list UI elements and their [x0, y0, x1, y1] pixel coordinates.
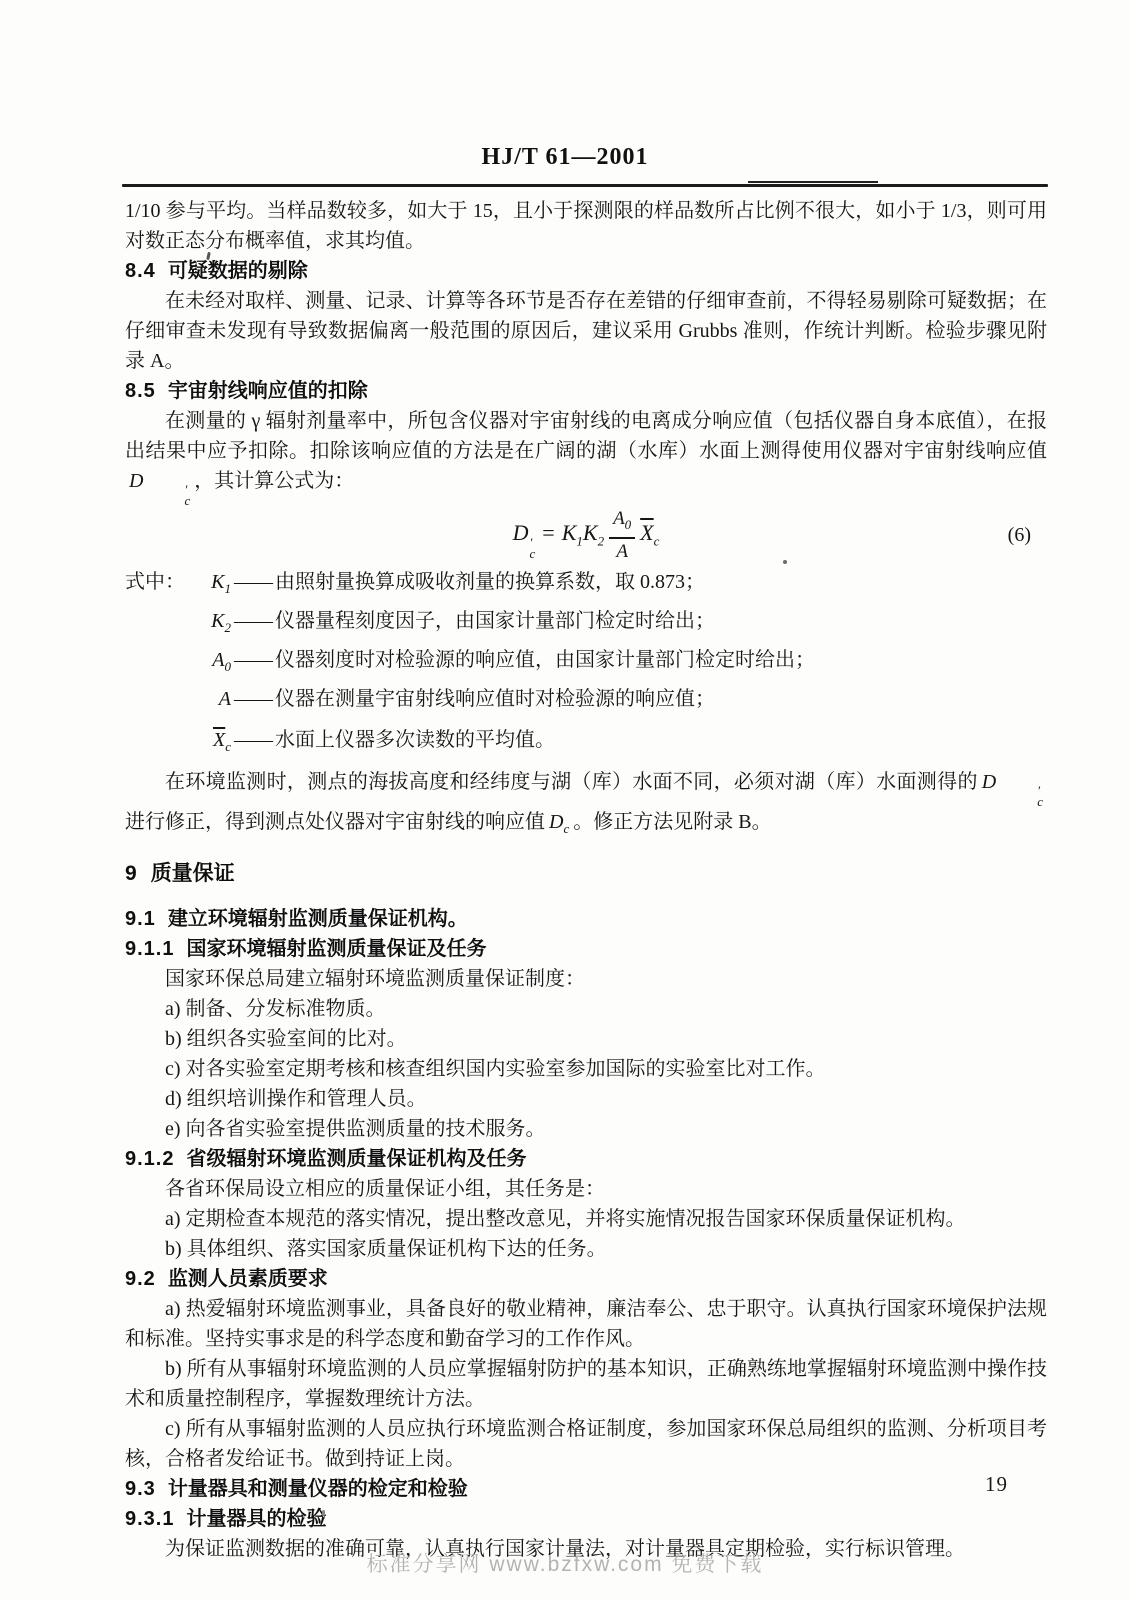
definition-desc: 仪器量程刻度因子，由国家计量部门检定时给出；: [275, 605, 1047, 644]
list-item: a) 制备、分发标准物质。: [125, 994, 1047, 1024]
heading-9-2: 9.2监测人员素质要求: [125, 1264, 1047, 1294]
list-item: b) 组织各实验室间的比对。: [125, 1024, 1047, 1054]
definition-dash: ——: [231, 683, 275, 722]
heading-title: 省级辐射环境监测质量保证机构及任务: [186, 1148, 526, 1170]
fraction-numerator: A0: [609, 507, 635, 539]
heading-number: 8.5: [125, 380, 156, 402]
heading-number: 9.3: [125, 1478, 156, 1500]
definition-row: Xc —— 水面上仪器多次读数的平均值。: [125, 722, 1047, 765]
definition-term: Xc: [191, 722, 231, 765]
formula-lhs: D′c: [513, 520, 536, 545]
paragraph-text: 在测量的 γ 辐射剂量率中，所包含仪器对宇宙射线的电离成分响应值（包括仪器自身本…: [125, 410, 1047, 462]
header-rule: [122, 184, 1048, 187]
definition-dash: ——: [231, 605, 275, 644]
scan-speck: [783, 560, 787, 564]
document-page: HJ/T 61—2001 1/10 参与平均。当样品数较多，如大于 15，且小于…: [0, 0, 1130, 1600]
heading-number: 9: [125, 862, 137, 885]
heading-number: 9.2: [125, 1268, 156, 1290]
equation-number: (6): [1008, 520, 1031, 550]
definition-dash: ——: [231, 566, 275, 605]
heading-title: 计量器具的检验: [186, 1508, 326, 1530]
paragraph-8-5: 在测量的 γ 辐射剂量率中，所包含仪器对宇宙射线的电离成分响应值（包括仪器自身本…: [125, 406, 1047, 506]
formula-k2: K2: [583, 520, 604, 545]
formula-fraction: A0A: [609, 507, 635, 563]
paragraph-9-1-1-lead: 国家环保总局建立辐射环境监测质量保证制度：: [125, 964, 1047, 994]
paragraph-text: 进行修正，得到测点处仪器对宇宙射线的响应值: [125, 811, 545, 833]
heading-title: 国家环境辐射监测质量保证及任务: [186, 938, 486, 960]
heading-9-1: 9.1建立环境辐射监测质量保证机构。: [125, 904, 1047, 934]
definition-desc: 水面上仪器多次读数的平均值。: [275, 722, 1047, 765]
header-rule-fragment: [748, 181, 878, 183]
definition-row: A0 —— 仪器刻度时对检验源的响应值，由国家计量部门检定时给出；: [125, 644, 1047, 683]
list-item: a) 定期检查本规范的落实情况，提出整改意见，并将实施情况报告国家环保质量保证机…: [125, 1204, 1047, 1234]
heading-number: 9.1.1: [125, 938, 174, 960]
definition-desc: 仪器在测量宇宙射线响应值时对检验源的响应值；: [275, 683, 1047, 722]
where-label: 式中：: [125, 566, 191, 605]
paragraph-8-4: 在未经对取样、测量、记录、计算等各环节是否存在差错的仔细审查前，不得轻易剔除可疑…: [125, 286, 1047, 376]
heading-title: 建立环境辐射监测质量保证机构。: [168, 908, 468, 930]
heading-9: 9质量保证: [125, 858, 1047, 890]
paragraph-correction: 在环境监测时，测点的海拔高度和经纬度与湖（库）水面不同，必须对湖（库）水面测得的…: [125, 767, 1047, 844]
heading-8-5: 8.5宇宙射线响应值的扣除: [125, 376, 1047, 406]
definition-row: 式中： K1 —— 由照射量换算成吸收剂量的换算系数，取 0.873；: [125, 566, 1047, 605]
heading-title: 计量器具和测量仪器的检定和检验: [168, 1478, 468, 1500]
fraction-denominator: A: [616, 539, 628, 563]
heading-8-4: 8.4可疑数据的剔除: [125, 256, 1047, 286]
heading-number: 9.1.2: [125, 1148, 174, 1170]
definition-term: A: [191, 683, 231, 722]
variable-dc-prime: D′c: [129, 470, 190, 492]
equals-sign: =: [542, 520, 554, 545]
paragraph-text: ，其计算公式为：: [194, 470, 354, 492]
formula-xbar: Xc: [640, 520, 659, 545]
scan-speck: [322, 1510, 325, 1516]
heading-9-3: 9.3计量器具和测量仪器的检定和检验: [125, 1474, 1047, 1504]
list-item: a) 热爱辐射环境监测事业，具备良好的敬业精神，廉洁奉公、忠于职守。认真执行国家…: [125, 1294, 1047, 1354]
list-item: e) 向各省实验室提供监测质量的技术服务。: [125, 1114, 1047, 1144]
formula-row: D′c=K1K2A0AXc (6): [125, 508, 1047, 562]
header-doc-number: HJ/T 61—2001: [0, 144, 1130, 171]
definition-term: K2: [191, 605, 231, 644]
definition-row: A —— 仪器在测量宇宙射线响应值时对检验源的响应值；: [125, 683, 1047, 722]
list-item: b) 具体组织、落实国家质量保证机构下达的任务。: [125, 1234, 1047, 1264]
definition-term: A0: [191, 644, 231, 683]
list-item: d) 组织培训操作和管理人员。: [125, 1084, 1047, 1114]
paragraph-text: 。修正方法见附录 B。: [573, 811, 771, 833]
variable-dc-prime: D′c: [982, 771, 1043, 793]
paragraph-text: 在环境监测时，测点的海拔高度和经纬度与湖（库）水面不同，必须对湖（库）水面测得的: [165, 771, 978, 793]
definition-row: K2 —— 仪器量程刻度因子，由国家计量部门检定时给出；: [125, 605, 1047, 644]
definition-dash: ——: [231, 722, 275, 765]
heading-title: 宇宙射线响应值的扣除: [168, 380, 368, 402]
formula-6: D′c=K1K2A0AXc: [513, 507, 660, 563]
formula-k1: K1: [562, 520, 583, 545]
heading-9-1-2: 9.1.2省级辐射环境监测质量保证机构及任务: [125, 1144, 1047, 1174]
definition-desc: 仪器刻度时对检验源的响应值，由国家计量部门检定时给出；: [275, 644, 1047, 683]
heading-number: 9.1: [125, 908, 156, 930]
paragraph-continued: 1/10 参与平均。当样品数较多，如大于 15，且小于探测限的样品数所占比例不很…: [125, 196, 1047, 256]
heading-9-1-1: 9.1.1国家环境辐射监测质量保证及任务: [125, 934, 1047, 964]
definitions: 式中： K1 —— 由照射量换算成吸收剂量的换算系数，取 0.873； K2 —…: [125, 566, 1047, 765]
list-item: c) 所有从事辐射监测的人员应执行环境监测合格证制度，参加国家环保总局组织的监测…: [125, 1414, 1047, 1474]
scan-speck: [575, 1546, 579, 1550]
watermark: 标准分享网 www.bzfxw.com 免费下载: [0, 1548, 1130, 1578]
heading-number: 9.3.1: [125, 1508, 174, 1530]
variable-dc: Dc: [549, 811, 569, 833]
list-item: c) 对各实验室定期考核和核查组织国内实验室参加国际的实验室比对工作。: [125, 1054, 1047, 1084]
definition-desc: 由照射量换算成吸收剂量的换算系数，取 0.873；: [275, 566, 1047, 605]
heading-title: 可疑数据的剔除: [168, 260, 308, 282]
heading-title: 监测人员素质要求: [168, 1268, 328, 1290]
paragraph-9-1-2-lead: 各省环保局设立相应的质量保证小组，其任务是：: [125, 1174, 1047, 1204]
page-content: 1/10 参与平均。当样品数较多，如大于 15，且小于探测限的样品数所占比例不很…: [125, 196, 1047, 1564]
heading-number: 8.4: [125, 260, 156, 282]
page-number: 19: [985, 1472, 1008, 1497]
heading-title: 质量保证: [151, 862, 235, 885]
list-item: b) 所有从事辐射环境监测的人员应掌握辐射防护的基本知识，正确熟练地掌握辐射环境…: [125, 1354, 1047, 1414]
heading-9-3-1: 9.3.1计量器具的检验: [125, 1504, 1047, 1534]
definition-term: K1: [191, 566, 231, 605]
definition-dash: ——: [231, 644, 275, 683]
